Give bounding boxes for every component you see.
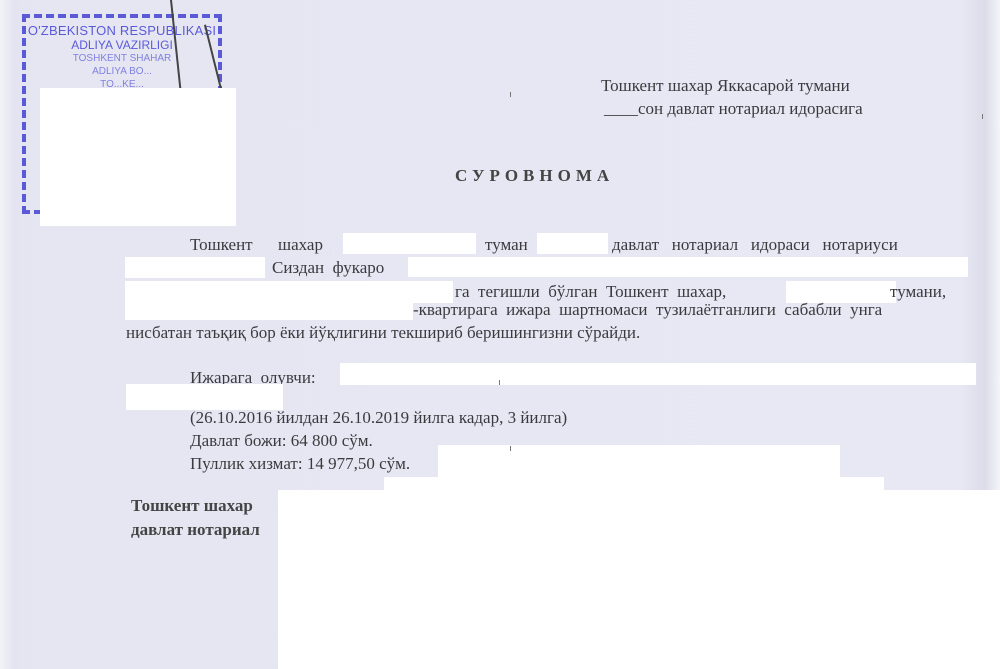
document-page: O'ZBEKISTON RESPUBLIKASI ADLIYA VAZIRLIG… bbox=[0, 0, 1000, 669]
paid-service-fee: Пуллик хизмат: 14 977,50 сўм. bbox=[190, 452, 410, 475]
addressee-line-2: ____сон давлат нотариал идорасига bbox=[604, 96, 863, 121]
scan-speck bbox=[510, 92, 511, 97]
body-word: шахар bbox=[278, 233, 323, 256]
redaction-block bbox=[125, 299, 413, 320]
redaction-block bbox=[343, 233, 476, 254]
scan-speck bbox=[982, 114, 983, 119]
body-text: тумани, bbox=[890, 280, 946, 303]
redaction-block bbox=[408, 257, 968, 277]
redaction-block bbox=[537, 233, 608, 254]
redaction-block bbox=[125, 257, 265, 278]
addressee-line-1: Тошкент шахар Яккасарой тумани bbox=[601, 73, 850, 98]
body-text: -квартирага ижара шартномаси тузилаётган… bbox=[413, 298, 882, 321]
signature-line-1: Тошкент шахар bbox=[131, 494, 253, 518]
redaction-block bbox=[278, 490, 1000, 669]
scan-speck bbox=[510, 446, 511, 451]
redaction-block bbox=[40, 88, 236, 226]
scan-speck bbox=[499, 380, 500, 385]
redaction-block bbox=[384, 477, 884, 491]
body-text: давлат нотариал идораси нотариуси bbox=[612, 233, 898, 256]
stamp-line-1: O'ZBEKISTON RESPUBLIKASI bbox=[26, 24, 218, 38]
document-title: СУРОВНОМА bbox=[455, 166, 614, 186]
body-text: Сиздан фукаро bbox=[272, 256, 384, 279]
stamp-line-4: ADLIYA BO... bbox=[26, 65, 218, 78]
body-word: Тошкент bbox=[190, 233, 253, 256]
state-fee: Давлат божи: 64 800 сўм. bbox=[190, 429, 373, 452]
body-word: туман bbox=[485, 233, 528, 256]
stamp-line-3: TOSHKENT SHAHAR bbox=[26, 52, 218, 65]
redaction-block bbox=[340, 363, 976, 385]
body-text: нисбатан таъқиқ бор ёки йўқлигини текшир… bbox=[126, 321, 640, 344]
lease-period: (26.10.2016 йилдан 26.10.2019 йилга када… bbox=[190, 406, 567, 429]
signature-line-2: давлат нотариал bbox=[131, 518, 278, 542]
stamp-line-2: ADLIYA VAZIRLIGI bbox=[26, 38, 218, 52]
